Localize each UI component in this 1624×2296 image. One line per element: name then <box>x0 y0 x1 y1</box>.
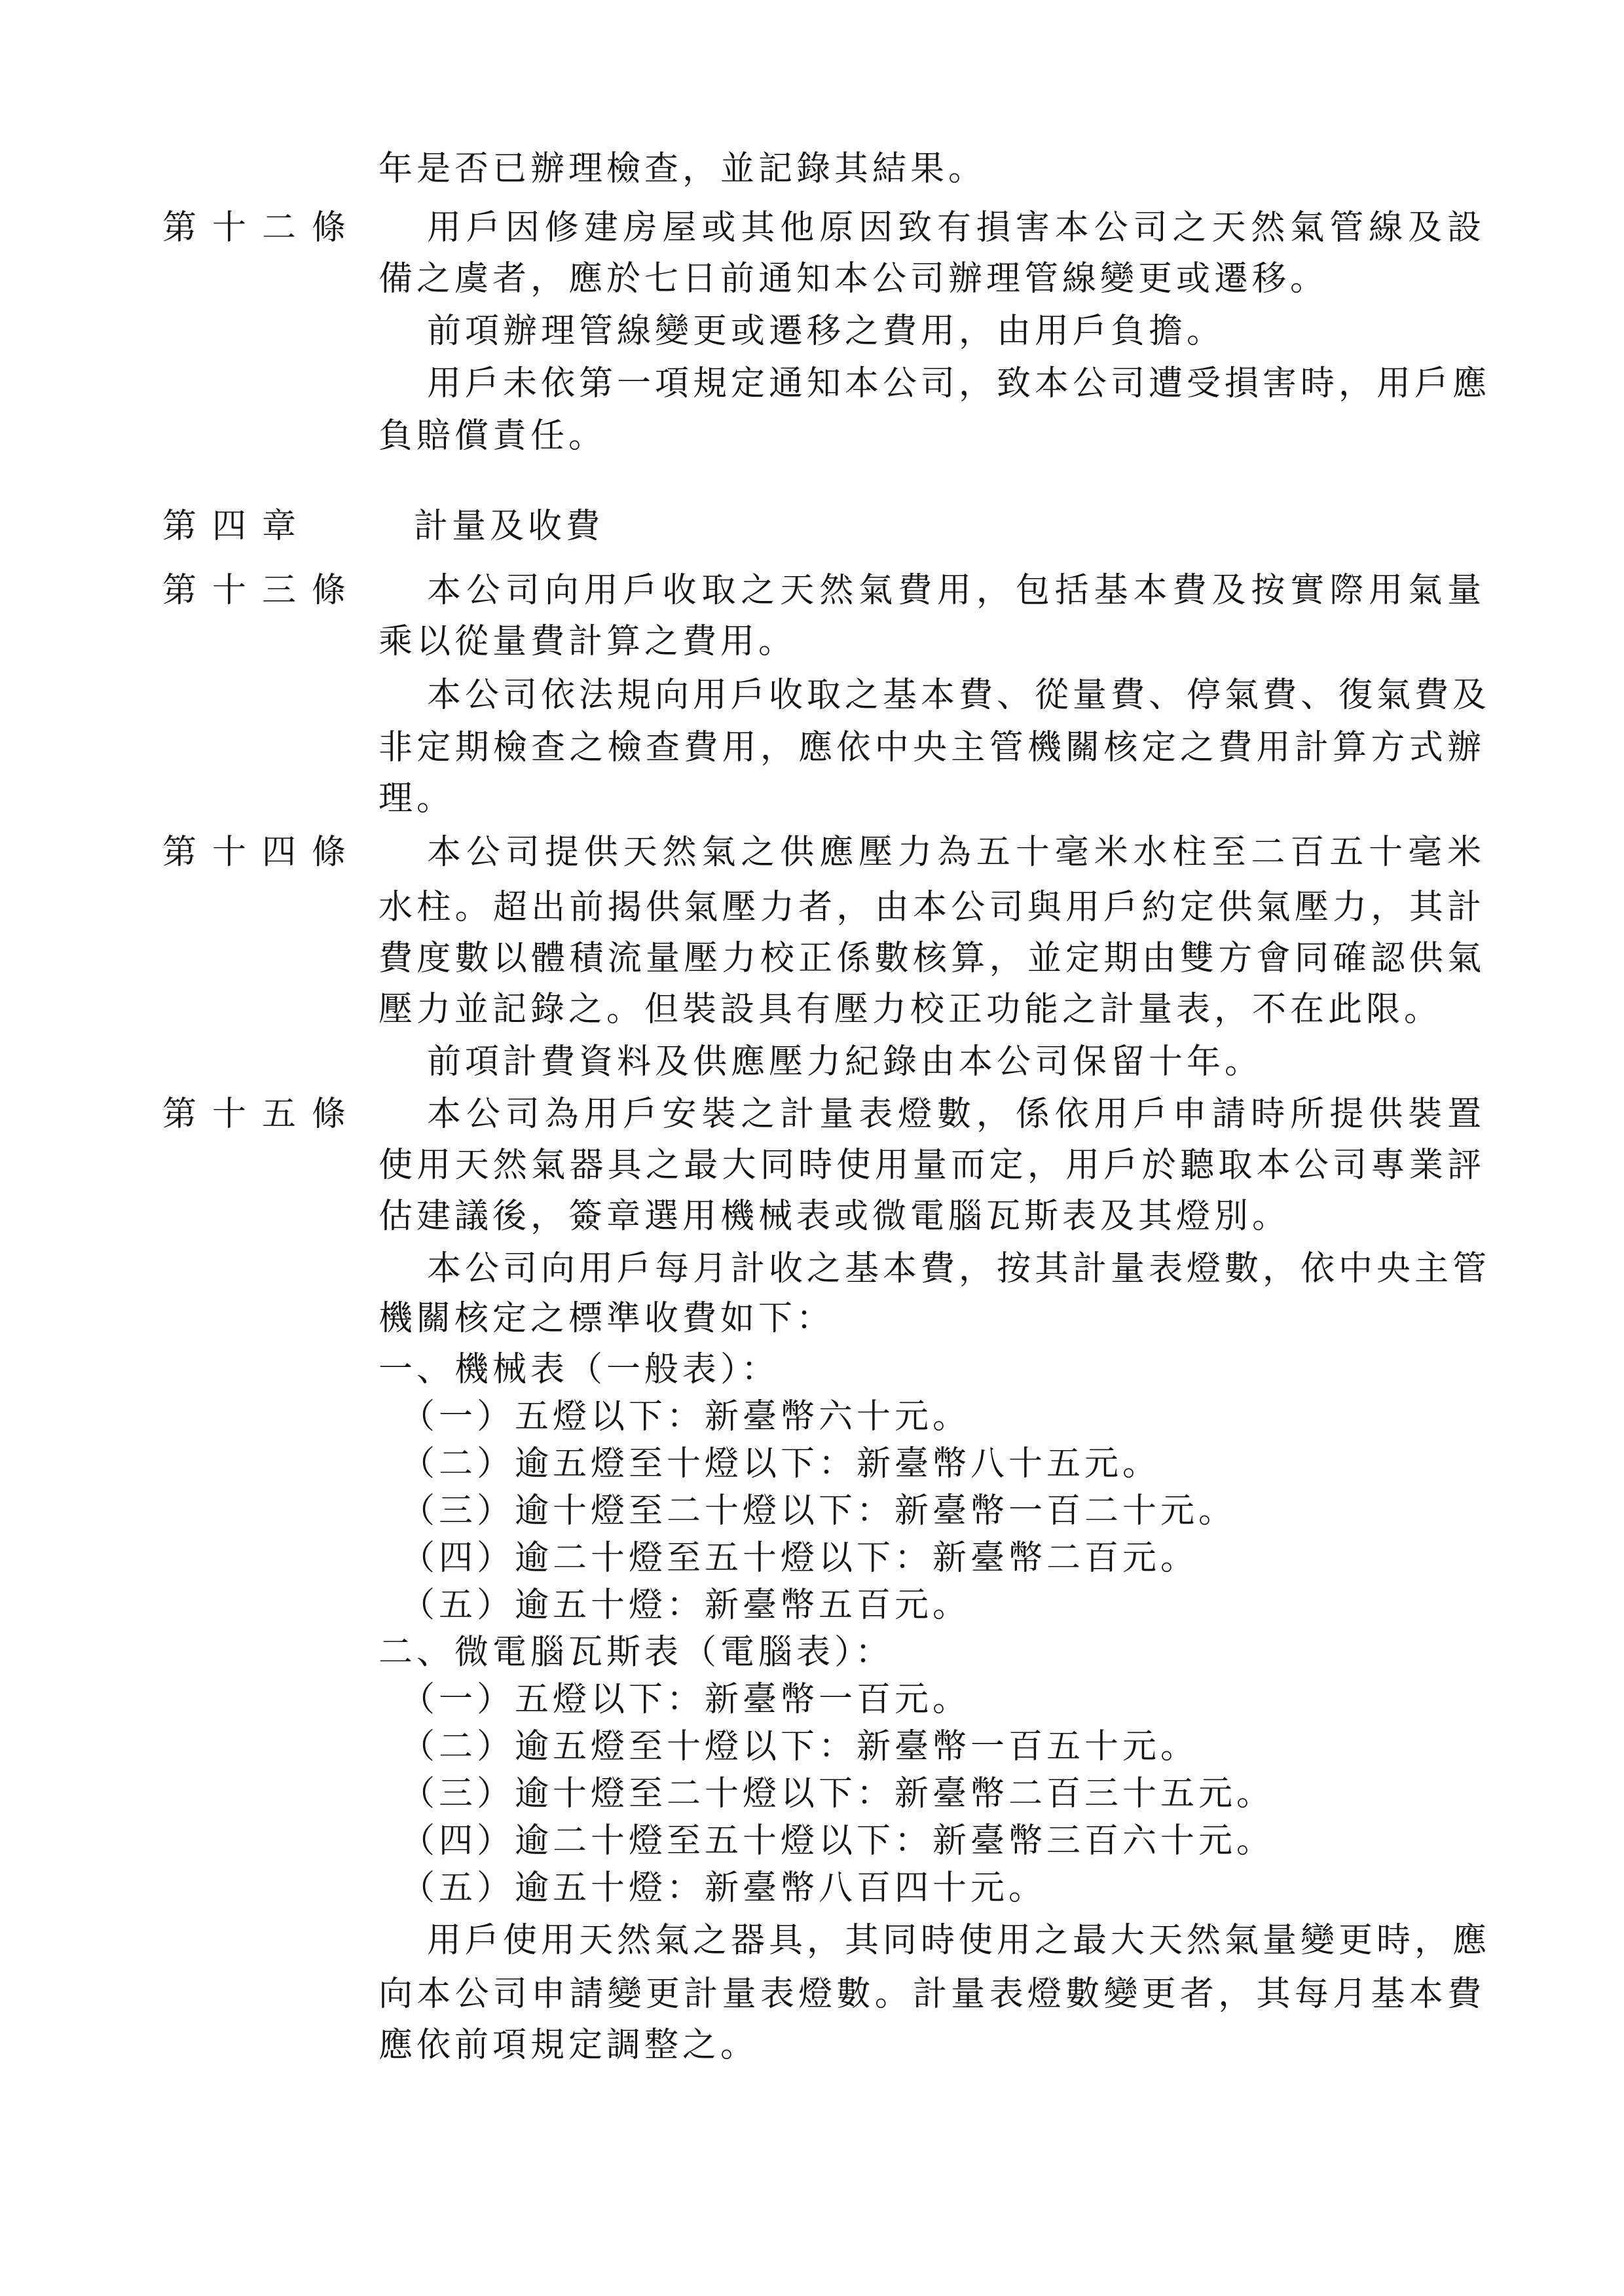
article14-p2-line1: 前項計費資料及供應壓力紀錄由本公司保留十年。 <box>427 1042 1263 1082</box>
article13-p1-line2: 乘以從量費計算之費用。 <box>378 622 796 661</box>
article13-p2-line1: 本公司依法規向用戶收取之基本費、從量費、停氣費、復氣費及 <box>427 676 1485 715</box>
article15-p2-line1: 本公司向用戶每月計收之基本費，按其計量表燈數，依中央主管 <box>427 1249 1485 1288</box>
article15-p2-line2: 機關核定之標準收費如下： <box>378 1299 834 1338</box>
mechanical-meter-heading: 一、機械表（一般表）： <box>378 1350 779 1389</box>
article15-p1-line1: 本公司為用戶安裝之計量表燈數，係依用戶申請時所提供裝置 <box>427 1095 1485 1134</box>
article15-p3-line3: 應依前項規定調整之。 <box>378 2026 758 2065</box>
mechanical-rate-item: （二）逾五燈至十燈以下：新臺幣八十五元。 <box>401 1444 1160 1484</box>
microcomputer-rate-item: （五）逾五十燈：新臺幣八百四十元。 <box>401 1868 1046 1908</box>
article15-p3-line2: 向本公司申請變更計量表燈數。計量表燈數變更者，其每月基本費 <box>378 1975 1485 2014</box>
article15-label: 第十五條 <box>162 1095 361 1134</box>
article14-p1-line4: 壓力並記錄之。但裝設具有壓力校正功能之計量表，不在此限。 <box>378 990 1442 1029</box>
article12-p3-line2: 負賠償責任。 <box>378 416 606 456</box>
article14-label: 第十四條 <box>162 833 361 872</box>
article13-label: 第十三條 <box>162 571 361 610</box>
article15-p1-line3: 估建議後，簽章選用機械表或微電腦瓦斯表及其燈別。 <box>378 1197 1290 1236</box>
document-page: 年是否已辦理檢查，並記錄其結果。 第十二條 用戶因修建房屋或其他原因致有損害本公… <box>0 0 1624 2296</box>
article12-label: 第十二條 <box>162 208 361 247</box>
mechanical-rate-item: （一）五燈以下：新臺幣六十元。 <box>401 1397 970 1436</box>
article11-continuation: 年是否已辦理檢查，並記錄其結果。 <box>378 149 986 189</box>
microcomputer-rate-item: （三）逾十燈至二十燈以下：新臺幣二百三十五元。 <box>401 1774 1274 1813</box>
article12-p1-line1: 用戶因修建房屋或其他原因致有損害本公司之天然氣管線及設 <box>427 208 1485 247</box>
article14-p1-line2: 水柱。超出前揭供氣壓力者，由本公司與用戶約定供氣壓力，其計 <box>378 888 1485 927</box>
mechanical-rate-item: （五）逾五十燈：新臺幣五百元。 <box>401 1586 970 1625</box>
microcomputer-rate-item: （四）逾二十燈至五十燈以下：新臺幣三百六十元。 <box>401 1821 1274 1861</box>
chapter4-label: 第四章 <box>162 507 312 546</box>
article13-p2-line2: 非定期檢查之檢查費用，應依中央主管機關核定之費用計算方式辦 <box>378 728 1485 767</box>
article15-p1-line2: 使用天然氣器具之最大同時使用量而定，用戶於聽取本公司專業評 <box>378 1146 1485 1185</box>
mechanical-rate-item: （三）逾十燈至二十燈以下：新臺幣一百二十元。 <box>401 1491 1236 1531</box>
microcomputer-meter-heading: 二、微電腦瓦斯表（電腦表）： <box>378 1633 893 1672</box>
article13-p1-line1: 本公司向用戶收取之天然氣費用，包括基本費及按實際用氣量 <box>427 571 1485 610</box>
article14-p1-line3: 費度數以體積流量壓力校正係數核算，並定期由雙方會同確認供氣 <box>378 939 1485 978</box>
article12-p3-line1: 用戶未依第一項規定通知本公司，致本公司遭受損害時，用戶應 <box>427 364 1485 403</box>
microcomputer-rate-item: （一）五燈以下：新臺幣一百元。 <box>401 1680 970 1719</box>
article13-p2-line3: 理。 <box>378 779 454 818</box>
article12-p1-line2: 備之虞者，應於七日前通知本公司辦理管線變更或遷移。 <box>378 259 1328 299</box>
microcomputer-rate-item: （二）逾五燈至十燈以下：新臺幣一百五十元。 <box>401 1727 1198 1766</box>
article12-p2-line1: 前項辦理管線變更或遷移之費用，由用戶負擔。 <box>427 312 1225 351</box>
article15-p3-line1: 用戶使用天然氣之器具，其同時使用之最大天然氣量變更時，應 <box>427 1921 1485 1960</box>
article14-p1-line1: 本公司提供天然氣之供應壓力為五十毫米水柱至二百五十毫米 <box>427 833 1485 872</box>
mechanical-rate-item: （四）逾二十燈至五十燈以下：新臺幣二百元。 <box>401 1539 1198 1578</box>
chapter4-title: 計量及收費 <box>414 507 604 546</box>
